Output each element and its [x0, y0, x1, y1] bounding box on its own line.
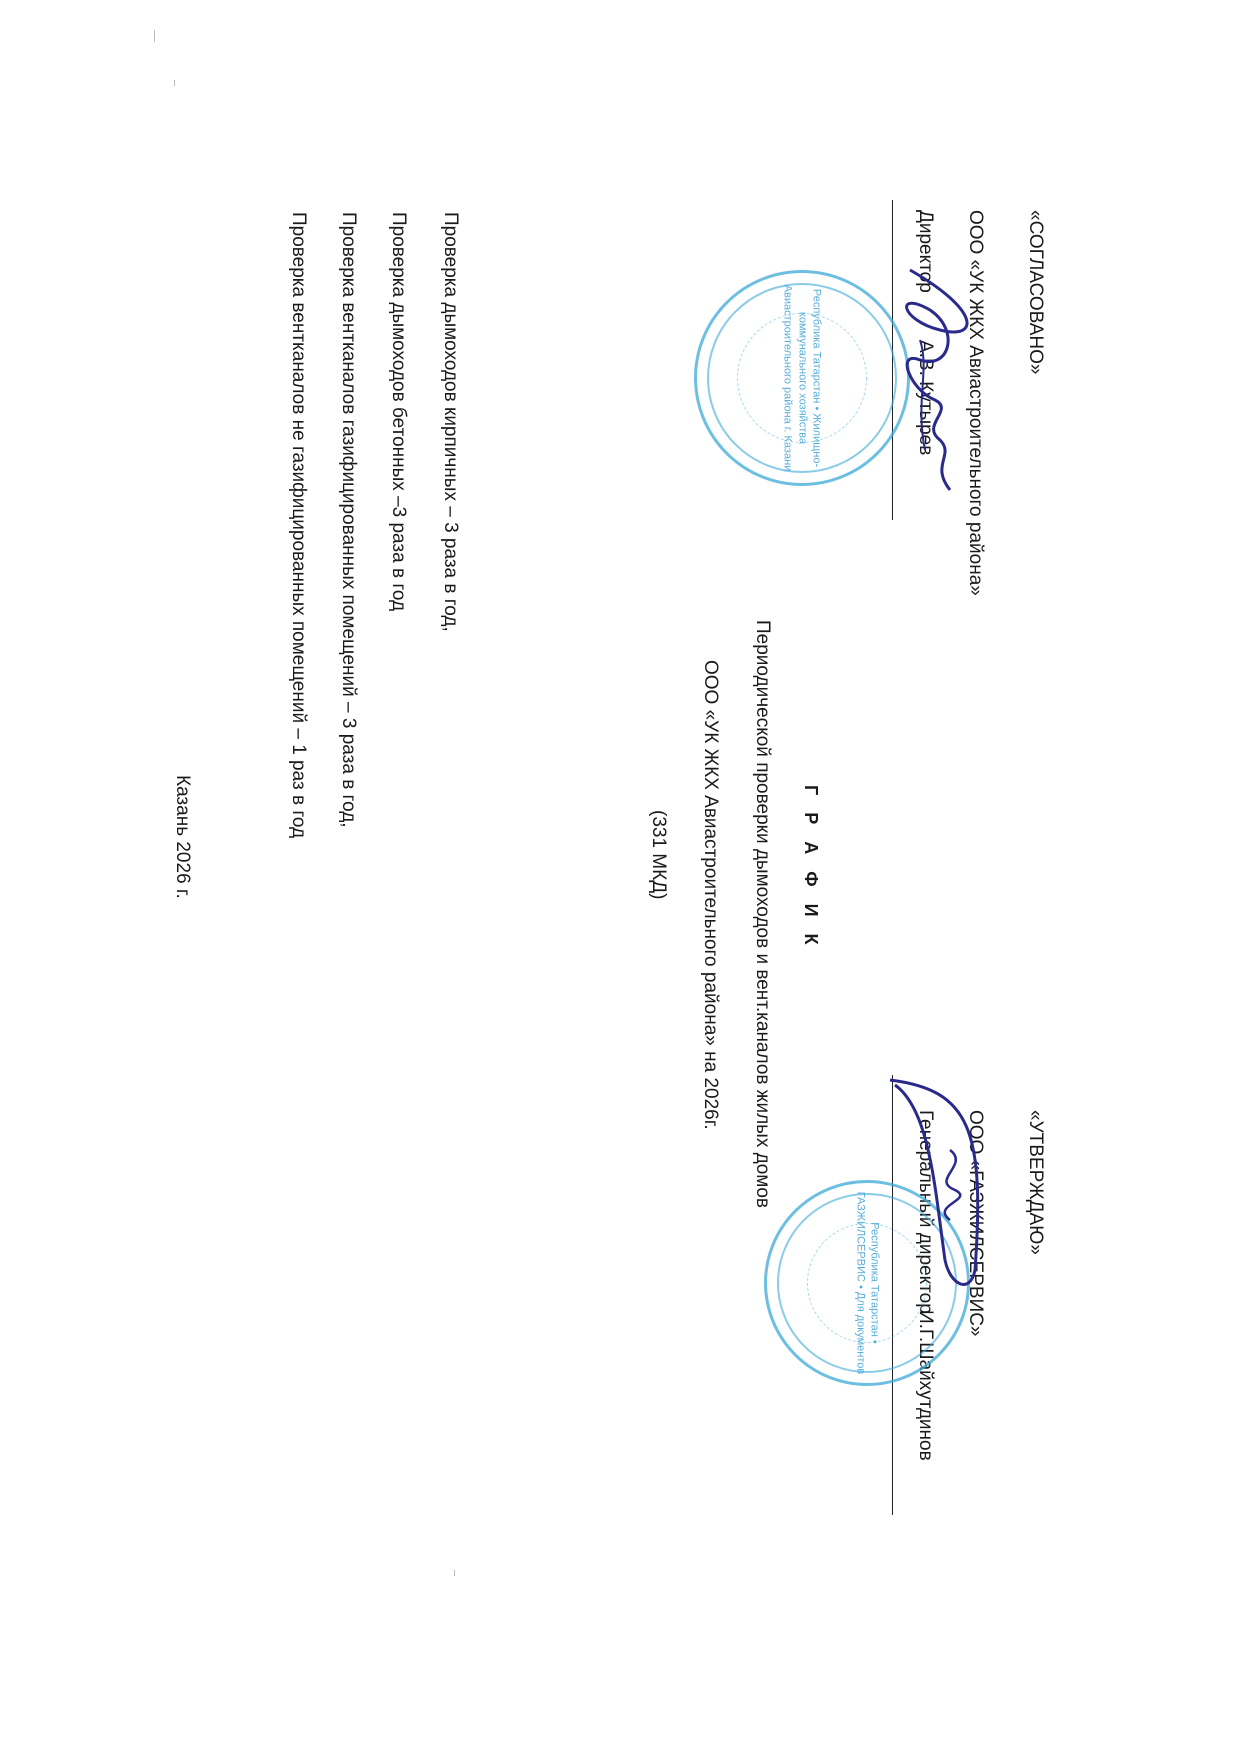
- scan-speck: [174, 80, 175, 86]
- scan-speck: [154, 30, 155, 42]
- signature-right-icon: [880, 1070, 990, 1300]
- document-page: «СОГЛАСОВАНО» ООО «УК ЖКХ Авиастроительн…: [0, 0, 1240, 1754]
- list-item: Проверка дымоходов бетонных –3 раза в го…: [389, 212, 408, 611]
- list-item: Проверка дымоходов кирпичных – 3 раза в …: [441, 212, 460, 632]
- list-item: Проверка вентканалов газифицированных по…: [339, 212, 358, 828]
- title-line-2: ООО «УК ЖКХ Авиастроительного района» на…: [701, 660, 720, 1130]
- place-and-year: Казань 2026 г.: [173, 775, 192, 899]
- approval-heading-right: «УТВЕРЖДАЮ»: [1026, 1110, 1045, 1255]
- title-line-3: (331 МКД): [649, 810, 668, 899]
- stamp-text-right: Республика Татарстан • ГАЗЖИЛСЕРВИС • Дл…: [853, 1183, 882, 1383]
- scan-speck: [454, 1570, 455, 1576]
- approval-heading-left: «СОГЛАСОВАНО»: [1026, 210, 1045, 374]
- stamp-text-left: Республика Татарстан • Жилищно-коммуналь…: [781, 273, 824, 483]
- signature-left-icon: [870, 250, 990, 510]
- title-line-1: Периодической проверки дымоходов и вент.…: [753, 620, 772, 1208]
- list-item: Проверка вентканалов не газифицированных…: [289, 212, 308, 838]
- document-title: Г Р А Ф И К: [802, 785, 820, 951]
